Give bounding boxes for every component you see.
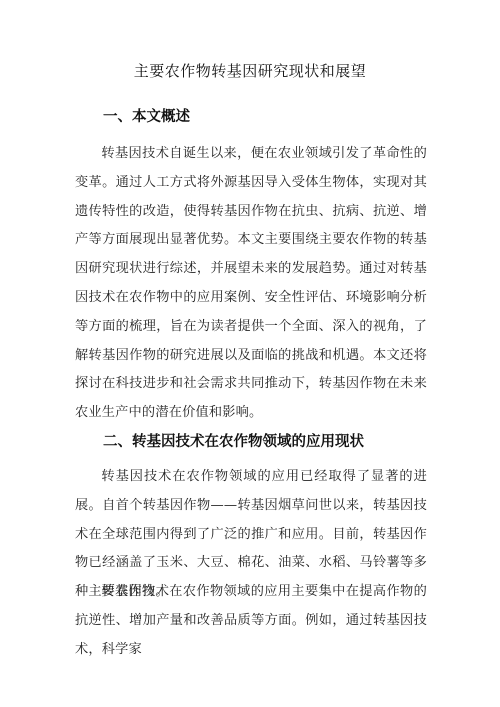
section-heading-application-status: 二、转基因技术在农作物领域的应用现状 [103, 430, 364, 451]
paragraph-application-focus: 转基因技术在农作物领域的应用主要集中在提高作物的抗逆性、增加产量和改善品质等方面… [75, 578, 427, 664]
document-page: 主要农作物转基因研究现状和展望 一、本文概述 转基因技术自诞生以来，便在农业领域… [0, 0, 500, 707]
document-title: 主要农作物转基因研究现状和展望 [0, 60, 500, 81]
paragraph-overview: 转基因技术自诞生以来，便在农业领域引发了革命性的变革。通过人工方式将外源基因导入… [75, 140, 427, 428]
section-heading-overview: 一、本文概述 [103, 105, 190, 126]
